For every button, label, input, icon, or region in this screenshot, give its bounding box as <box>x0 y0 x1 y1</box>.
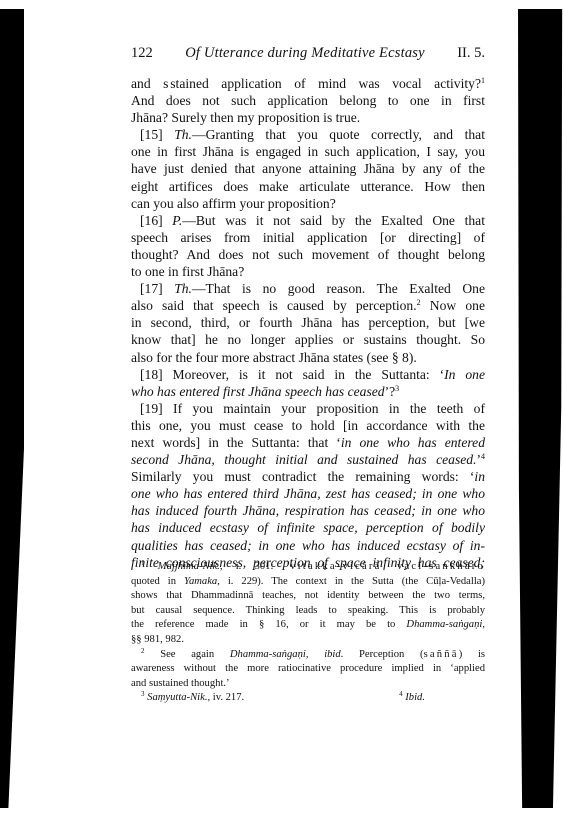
footnote-ref[interactable]: 4 <box>481 452 485 461</box>
body-line: this one, you must cease to hold [in acc… <box>131 417 485 434</box>
footnote-line: and sustained thought.’ <box>131 677 485 692</box>
footnote-3-4: 3 Saṃyutta-Nik., iv. 217. 4 Ibid. <box>131 691 485 706</box>
footnote-line: quoted in Yamaka, i. 229). The context i… <box>131 575 485 590</box>
line-text: and s stained application of mind was vo… <box>131 76 481 91</box>
paragraph-19: [19] If you maintain your proposition in… <box>131 400 485 417</box>
body-line: also said that speech is caused by perce… <box>131 297 485 314</box>
body-line: in second, third, or fourth Jhāna has pe… <box>131 314 485 331</box>
body-line: can you also affirm your proposition? <box>131 195 485 212</box>
body-line: Similarly you must contradict the remain… <box>131 468 485 485</box>
section-number: II. 5. <box>457 45 485 62</box>
footnotes: 1 Majjhima-Nik., i. 301: ‘vitakka-vicārā… <box>131 560 485 706</box>
body-line: and s stained application of mind was vo… <box>131 75 485 92</box>
body-line: has induced ecstasy of infinite space, p… <box>131 519 485 536</box>
body-line: know that] he no longer applies or susta… <box>131 331 485 348</box>
body-line: has induced fourth Jhāna, respiration ha… <box>131 502 485 519</box>
body-line: Jhāna? Surely then my proposition is tru… <box>131 109 485 126</box>
footnote-ref[interactable]: 1 <box>481 76 485 85</box>
running-head: 122 Of Utterance during Meditative Ecsta… <box>131 45 485 65</box>
body-line: to one in first Jhāna? <box>131 263 485 280</box>
scan-border-left <box>0 9 24 808</box>
body-line: thought? And does not such movement of t… <box>131 246 485 263</box>
body-line: one in first Jhāna is engaged in such ap… <box>131 143 485 160</box>
footnote-line: but causal sequence. Thinking leads to s… <box>131 604 485 619</box>
footnote-1: 1 Majjhima-Nik., i. 301: ‘vitakka-vicārā… <box>131 560 485 575</box>
page-number: 122 <box>131 45 153 62</box>
body-line: who has entered first Jhāna speech has c… <box>131 383 485 400</box>
body-text: and s stained application of mind was vo… <box>131 75 485 571</box>
paragraph-17: [17] Th.—That is no good reason. The Exa… <box>131 280 485 297</box>
footnote-4: 4 Ibid. <box>399 691 425 706</box>
body-line: eight artifices does make articulate utt… <box>131 178 485 195</box>
footnote-line: shows that Dhammadinnā teaches, not iden… <box>131 589 485 604</box>
paragraph-18: [18] Moreover, is it not said in the Sut… <box>131 366 485 383</box>
body-line: speech arises from initial application [… <box>131 229 485 246</box>
chapter-title: Of Utterance during Meditative Ecstasy <box>185 45 425 62</box>
footnote-3: 3 Saṃyutta-Nik., iv. 217. <box>141 691 244 706</box>
scan-border-right <box>518 9 564 808</box>
footnote-line: §§ 981, 982. <box>131 633 485 648</box>
body-line: qualities has ceased; in one who has ind… <box>131 537 485 554</box>
body-line: also for the four more abstract Jhāna st… <box>131 349 485 366</box>
line-text: Now one <box>421 298 485 313</box>
body-line: have just denied that anyone attaining J… <box>131 160 485 177</box>
footnote-line: the reference made in § 16, or it may be… <box>131 618 485 633</box>
body-line: next words] in the Suttanta: that ‘in on… <box>131 434 485 451</box>
body-line: second Jhāna, thought initial and sustai… <box>131 451 485 468</box>
paragraph-15: [15] Th.—Granting that you quote correct… <box>131 126 485 143</box>
footnote-line: awareness without the more ratiocinative… <box>131 662 485 677</box>
paragraph-16: [16] P.—But was it not said by the Exalt… <box>131 212 485 229</box>
line-text: also said that speech is caused by perce… <box>131 298 417 313</box>
footnote-ref[interactable]: 3 <box>395 384 399 393</box>
body-line: one who has entered third Jhāna, zest ha… <box>131 485 485 502</box>
body-line: And does not such application belong to … <box>131 92 485 109</box>
footnote-2: 2 See again Dhamma-saṅgaṇi, ibid. Percep… <box>131 648 485 663</box>
